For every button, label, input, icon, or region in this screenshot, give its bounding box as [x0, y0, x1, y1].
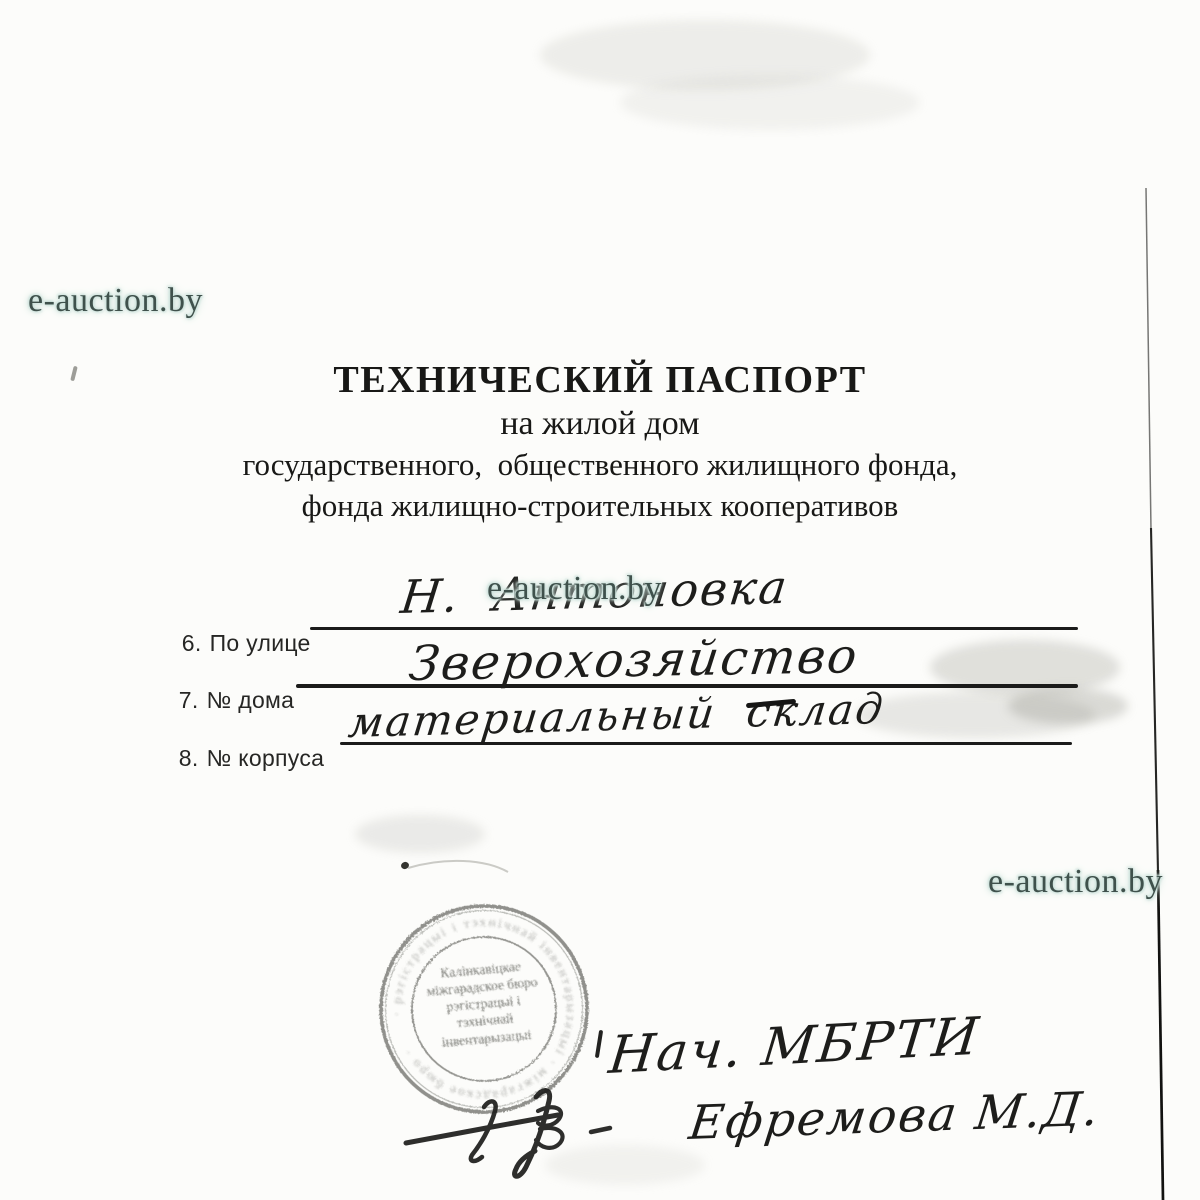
document-subtitle-1: на жилой дом: [0, 405, 1200, 443]
scanned-document-page: e-auction.by e-auction.by e-auction.by Т…: [0, 0, 1200, 1200]
field-8-handwritten-value: материальный склад: [346, 684, 887, 747]
stamp-center-line-5: інвентарызацыі: [441, 1027, 532, 1050]
field-7-number: 7.: [179, 687, 199, 713]
field-6-number: 6.: [182, 630, 202, 656]
scan-noise-blob: [540, 20, 870, 90]
scan-edge-line: [1151, 528, 1158, 872]
watermark-e-auction: e-auction.by: [487, 570, 662, 608]
document-subtitle-3: фонда жилищно-строительных кооперативов: [0, 488, 1200, 524]
field-8-building-number-label: 8.№ корпуса: [152, 718, 324, 799]
scan-noise-blob: [620, 75, 920, 130]
bleed-through-ghost-text: [855, 692, 1095, 738]
document-subtitle-2: государственного, общественного жилищног…: [0, 447, 1200, 483]
bleed-through-ghost-text: [1008, 688, 1128, 724]
handwritten-signature: [398, 1085, 623, 1190]
scan-edge-line: [1158, 870, 1163, 1200]
ink-dot-artifact: [400, 861, 410, 870]
watermark-e-auction: e-auction.by: [28, 282, 203, 320]
field-6-underline: [310, 627, 1078, 630]
field-8-number: 8.: [179, 745, 199, 771]
position-title-handwriting: Нач. МБРТИ: [606, 1007, 983, 1086]
watermark-e-auction: e-auction.by: [988, 863, 1163, 901]
document-title: ТЕХНИЧЕСКИЙ ПАСПОРТ: [0, 358, 1200, 402]
field-7-handwritten-value: Зверохозяйство: [406, 628, 862, 692]
signatory-name-handwriting: Ефремова М.Д.: [686, 1082, 1104, 1151]
scan-noise-blob: [355, 815, 485, 853]
faint-arc-artifact: [408, 861, 508, 872]
stamp-center-line-4: тэхнічнай: [456, 1011, 514, 1031]
